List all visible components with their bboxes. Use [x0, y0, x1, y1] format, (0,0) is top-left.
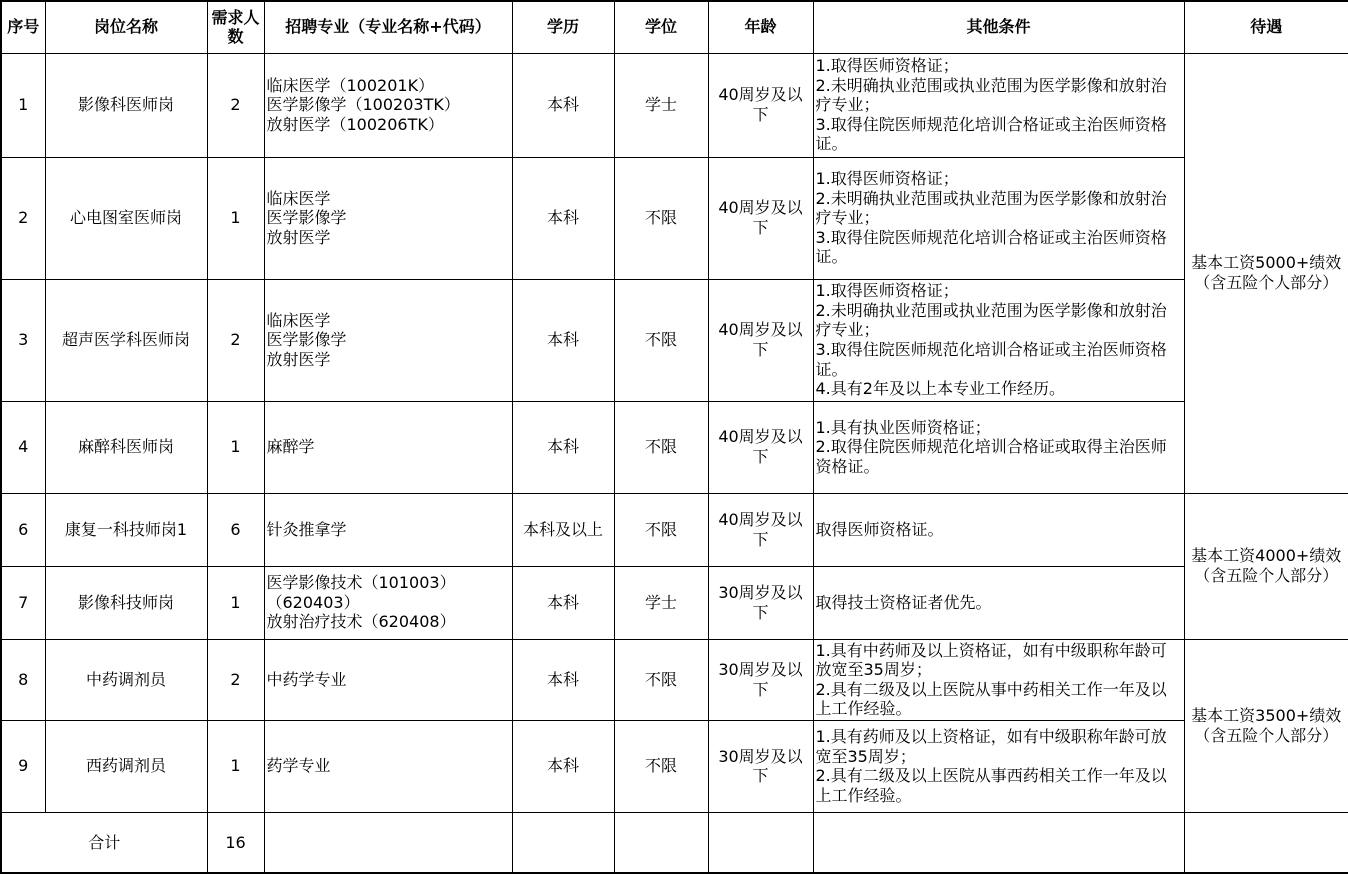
cell-age: 40周岁及以下: [708, 157, 813, 279]
cell-major: 针灸推拿学: [264, 493, 512, 566]
cell-major: 临床医学 医学影像学 放射医学: [264, 157, 512, 279]
cell-position: 影像科技师岗: [45, 566, 207, 639]
cell-age: 40周岁及以下: [708, 401, 813, 493]
cell-seq: 3: [1, 279, 45, 401]
table-row: 7 影像科技师岗 1 医学影像技术（101003） （620403） 放射治疗技…: [1, 566, 1348, 639]
cell-position: 心电图室医师岗: [45, 157, 207, 279]
cell-seq: 4: [1, 401, 45, 493]
column-header-age: 年龄: [708, 1, 813, 53]
table-row: 4 麻醉科医师岗 1 麻醉学 本科 不限 40周岁及以下 1.具有执业医师资格证…: [1, 401, 1348, 493]
table-row: 3 超声医学科医师岗 2 临床医学 医学影像学 放射医学 本科 不限 40周岁及…: [1, 279, 1348, 401]
cell-other: 1.具有药师及以上资格证，如有中级职称年龄可放宽至35周岁； 2.具有二级及以上…: [813, 720, 1184, 812]
cell-other: 1.取得医师资格证； 2.未明确执业范围或执业范围为医学影像和放射治疗专业； 3…: [813, 53, 1184, 157]
cell-count: 2: [207, 53, 264, 157]
cell-seq: 7: [1, 566, 45, 639]
cell-other: 取得技士资格证者优先。: [813, 566, 1184, 639]
cell-education: 本科: [512, 279, 614, 401]
cell-seq: 2: [1, 157, 45, 279]
cell-degree: 不限: [614, 720, 708, 812]
cell-position: 超声医学科医师岗: [45, 279, 207, 401]
cell-empty: [512, 812, 614, 873]
cell-salary-group-1: 基本工资5000+绩效 （含五险个人部分）: [1184, 53, 1348, 493]
cell-position: 中药调剂员: [45, 639, 207, 720]
cell-count: 1: [207, 401, 264, 493]
cell-age: 40周岁及以下: [708, 279, 813, 401]
cell-age: 30周岁及以下: [708, 720, 813, 812]
cell-degree: 不限: [614, 493, 708, 566]
cell-other: 1.取得医师资格证； 2.未明确执业范围或执业范围为医学影像和放射治疗专业； 3…: [813, 157, 1184, 279]
table-row: 6 康复一科技师岗1 6 针灸推拿学 本科及以上 不限 40周岁及以下 取得医师…: [1, 493, 1348, 566]
cell-major: 临床医学 医学影像学 放射医学: [264, 279, 512, 401]
cell-education: 本科: [512, 639, 614, 720]
cell-major: 药学专业: [264, 720, 512, 812]
table-row: 1 影像科医师岗 2 临床医学（100201K） 医学影像学（100203TK）…: [1, 53, 1348, 157]
cell-major: 临床医学（100201K） 医学影像学（100203TK） 放射医学（10020…: [264, 53, 512, 157]
recruitment-table: 序号 岗位名称 需求人数 招聘专业（专业名称+代码） 学历 学位 年龄 其他条件…: [0, 0, 1348, 874]
cell-age: 30周岁及以下: [708, 639, 813, 720]
cell-total-label: 合计: [1, 812, 207, 873]
column-header-salary: 待遇: [1184, 1, 1348, 53]
cell-empty: [614, 812, 708, 873]
cell-education: 本科: [512, 401, 614, 493]
column-header-position: 岗位名称: [45, 1, 207, 53]
cell-position: 影像科医师岗: [45, 53, 207, 157]
cell-degree: 学士: [614, 53, 708, 157]
cell-position: 西药调剂员: [45, 720, 207, 812]
cell-major: 中药学专业: [264, 639, 512, 720]
cell-age: 40周岁及以下: [708, 493, 813, 566]
cell-salary-group-2: 基本工资4000+绩效 （含五险个人部分）: [1184, 493, 1348, 639]
cell-education: 本科及以上: [512, 493, 614, 566]
table-row: 2 心电图室医师岗 1 临床医学 医学影像学 放射医学 本科 不限 40周岁及以…: [1, 157, 1348, 279]
cell-seq: 6: [1, 493, 45, 566]
column-header-major: 招聘专业（专业名称+代码）: [264, 1, 512, 53]
cell-age: 40周岁及以下: [708, 53, 813, 157]
column-header-count: 需求人数: [207, 1, 264, 53]
cell-seq: 9: [1, 720, 45, 812]
cell-position: 康复一科技师岗1: [45, 493, 207, 566]
cell-major: 医学影像技术（101003） （620403） 放射治疗技术（620408）: [264, 566, 512, 639]
cell-degree: 不限: [614, 157, 708, 279]
cell-count: 1: [207, 566, 264, 639]
cell-count: 2: [207, 639, 264, 720]
cell-education: 本科: [512, 157, 614, 279]
cell-position: 麻醉科医师岗: [45, 401, 207, 493]
column-header-other: 其他条件: [813, 1, 1184, 53]
cell-education: 本科: [512, 566, 614, 639]
cell-seq: 8: [1, 639, 45, 720]
cell-major: 麻醉学: [264, 401, 512, 493]
cell-empty: [1184, 812, 1348, 873]
cell-count: 2: [207, 279, 264, 401]
table-row: 9 西药调剂员 1 药学专业 本科 不限 30周岁及以下 1.具有药师及以上资格…: [1, 720, 1348, 812]
cell-empty: [264, 812, 512, 873]
total-row: 合计 16: [1, 812, 1348, 873]
cell-degree: 学士: [614, 566, 708, 639]
cell-other: 1.具有执业医师资格证； 2.取得住院医师规范化培训合格证或取得主治医师资格证。: [813, 401, 1184, 493]
cell-empty: [708, 812, 813, 873]
cell-education: 本科: [512, 53, 614, 157]
cell-count: 6: [207, 493, 264, 566]
cell-degree: 不限: [614, 401, 708, 493]
cell-salary-group-3: 基本工资3500+绩效 （含五险个人部分）: [1184, 639, 1348, 812]
cell-education: 本科: [512, 720, 614, 812]
cell-degree: 不限: [614, 279, 708, 401]
cell-empty: [813, 812, 1184, 873]
column-header-education: 学历: [512, 1, 614, 53]
cell-total-count: 16: [207, 812, 264, 873]
cell-count: 1: [207, 157, 264, 279]
column-header-degree: 学位: [614, 1, 708, 53]
cell-other: 取得医师资格证。: [813, 493, 1184, 566]
cell-other: 1.具有中药师及以上资格证，如有中级职称年龄可放宽至35周岁； 2.具有二级及以…: [813, 639, 1184, 720]
column-header-seq: 序号: [1, 1, 45, 53]
cell-degree: 不限: [614, 639, 708, 720]
header-row: 序号 岗位名称 需求人数 招聘专业（专业名称+代码） 学历 学位 年龄 其他条件…: [1, 1, 1348, 53]
table-row: 8 中药调剂员 2 中药学专业 本科 不限 30周岁及以下 1.具有中药师及以上…: [1, 639, 1348, 720]
cell-seq: 1: [1, 53, 45, 157]
cell-age: 30周岁及以下: [708, 566, 813, 639]
cell-count: 1: [207, 720, 264, 812]
cell-other: 1.取得医师资格证； 2.未明确执业范围或执业范围为医学影像和放射治疗专业； 3…: [813, 279, 1184, 401]
